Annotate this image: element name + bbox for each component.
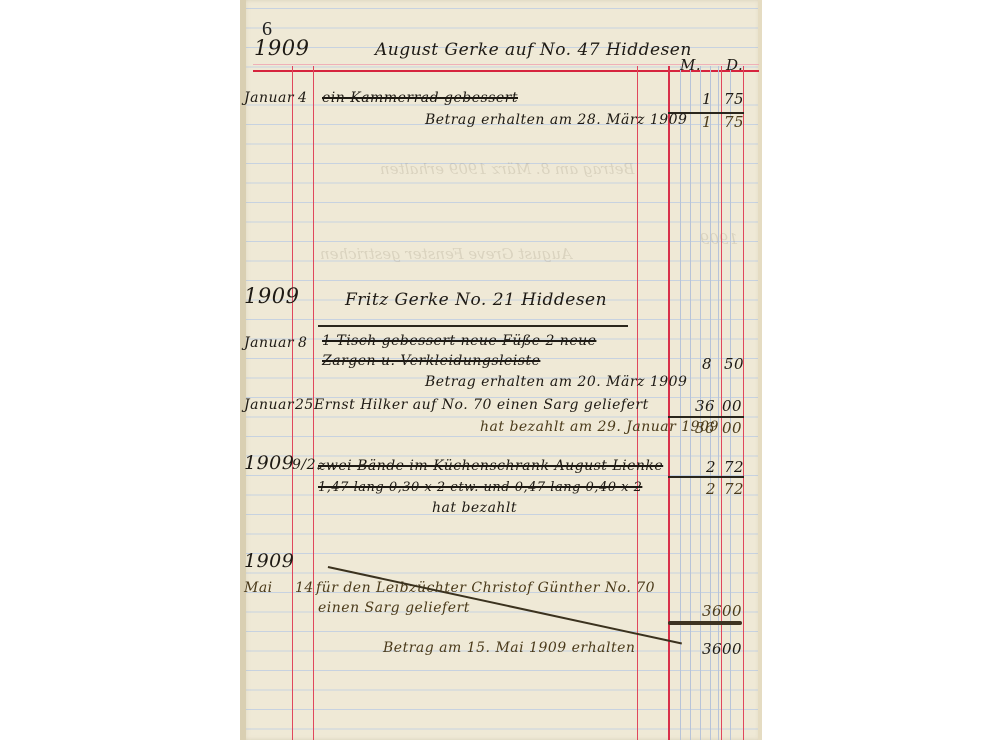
entry-day: 9/2. <box>292 457 321 473</box>
right-column-line <box>743 66 744 740</box>
entry-description: 1 Tisch gebessert neue Füße 2 neue <box>322 333 596 349</box>
amount-grid-line <box>680 66 681 740</box>
entry-day: 25 <box>295 397 314 413</box>
section-title: Fritz Gerke No. 21 Hiddesen <box>345 290 607 310</box>
bleed-through-text: Betrag am 8. März 1909 erhalten <box>380 160 635 178</box>
payment-note: Betrag am 15. Mai 1909 erhalten <box>383 640 635 656</box>
total-marks: 36 <box>695 419 715 437</box>
entry-amount-pf: 50 <box>724 355 744 373</box>
entry-amount-pf: 00 <box>722 397 742 415</box>
entry-month: Januar <box>244 397 294 413</box>
bleed-through-text: 1909 <box>700 230 738 248</box>
entry-month: Januar <box>244 90 294 106</box>
page-binding-edge <box>240 0 246 740</box>
payment-note: Betrag erhalten am 20. März 1909 <box>425 374 687 390</box>
entry-amount-pf: 00 <box>722 602 742 620</box>
entry-amount-marks: 8 <box>702 355 712 373</box>
entry-amount-pf: 72 <box>724 458 744 476</box>
sum-rule <box>668 416 744 418</box>
total-pf: 00 <box>722 419 742 437</box>
section-title: August Gerke auf No. 47 Hiddesen <box>375 40 692 60</box>
section-rule <box>318 325 628 327</box>
total-pf: 00 <box>722 640 742 658</box>
amount-grid-line <box>690 66 691 740</box>
entry-amount-marks: 36 <box>695 397 715 415</box>
sum-rule <box>668 621 742 625</box>
bleed-through-text: August Greve Fenster gestrichen <box>320 245 572 263</box>
ledger-page: Betrag am 8. März 1909 erhalten August G… <box>240 0 762 740</box>
entry-description: Ernst Hilker auf No. 70 einen Sarg gelie… <box>314 397 649 413</box>
total-marks: 1 <box>702 113 712 131</box>
entry-description: einen Sarg geliefert <box>318 600 470 616</box>
entry-day: 8 <box>298 335 307 351</box>
entry-description: für den Leibzüchter Christof Günther No.… <box>316 580 655 596</box>
entry-month: Mai <box>244 580 273 596</box>
payment-note: hat bezahlt am 29. Januar 1909 <box>480 419 719 435</box>
entry-amount-marks: 1 <box>702 90 712 108</box>
total-pf: 75 <box>724 113 744 131</box>
marks-column-header: M. <box>680 56 701 74</box>
entry-description: Zargen u. Verkleidungsleiste <box>322 353 540 369</box>
entry-month: Januar <box>244 335 294 351</box>
section-year: 1909 <box>254 36 309 60</box>
entry-day: 4 <box>298 90 307 106</box>
section-year: 1909 <box>244 284 299 308</box>
entry-amount-marks: 36 <box>702 602 722 620</box>
entry-amount-marks: 2 <box>706 458 716 476</box>
section-year: 1909 <box>244 550 294 572</box>
page-outer-edge <box>758 0 762 740</box>
amount-grid-line <box>718 66 719 740</box>
entry-description: ein Kammerrad gebessert <box>322 90 518 106</box>
total-marks: 36 <box>702 640 722 658</box>
entry-day: 14 <box>295 580 314 596</box>
total-marks: 2 <box>706 480 716 498</box>
entry-month: 1909 <box>244 452 294 474</box>
pfennig-column-header: D. <box>726 56 743 74</box>
entry-description: 1,47 lang 0,30 x 2 etw. und 0,47 lang 0,… <box>318 480 642 495</box>
total-pf: 72 <box>724 480 744 498</box>
entry-amount-pf: 75 <box>724 90 744 108</box>
sum-rule <box>668 476 744 478</box>
payment-note: hat bezahlt <box>432 500 517 516</box>
payment-note: Betrag erhalten am 28. März 1909 <box>425 112 687 128</box>
entry-description: zwei Bände im Küchenschrank August Lienk… <box>318 458 663 474</box>
